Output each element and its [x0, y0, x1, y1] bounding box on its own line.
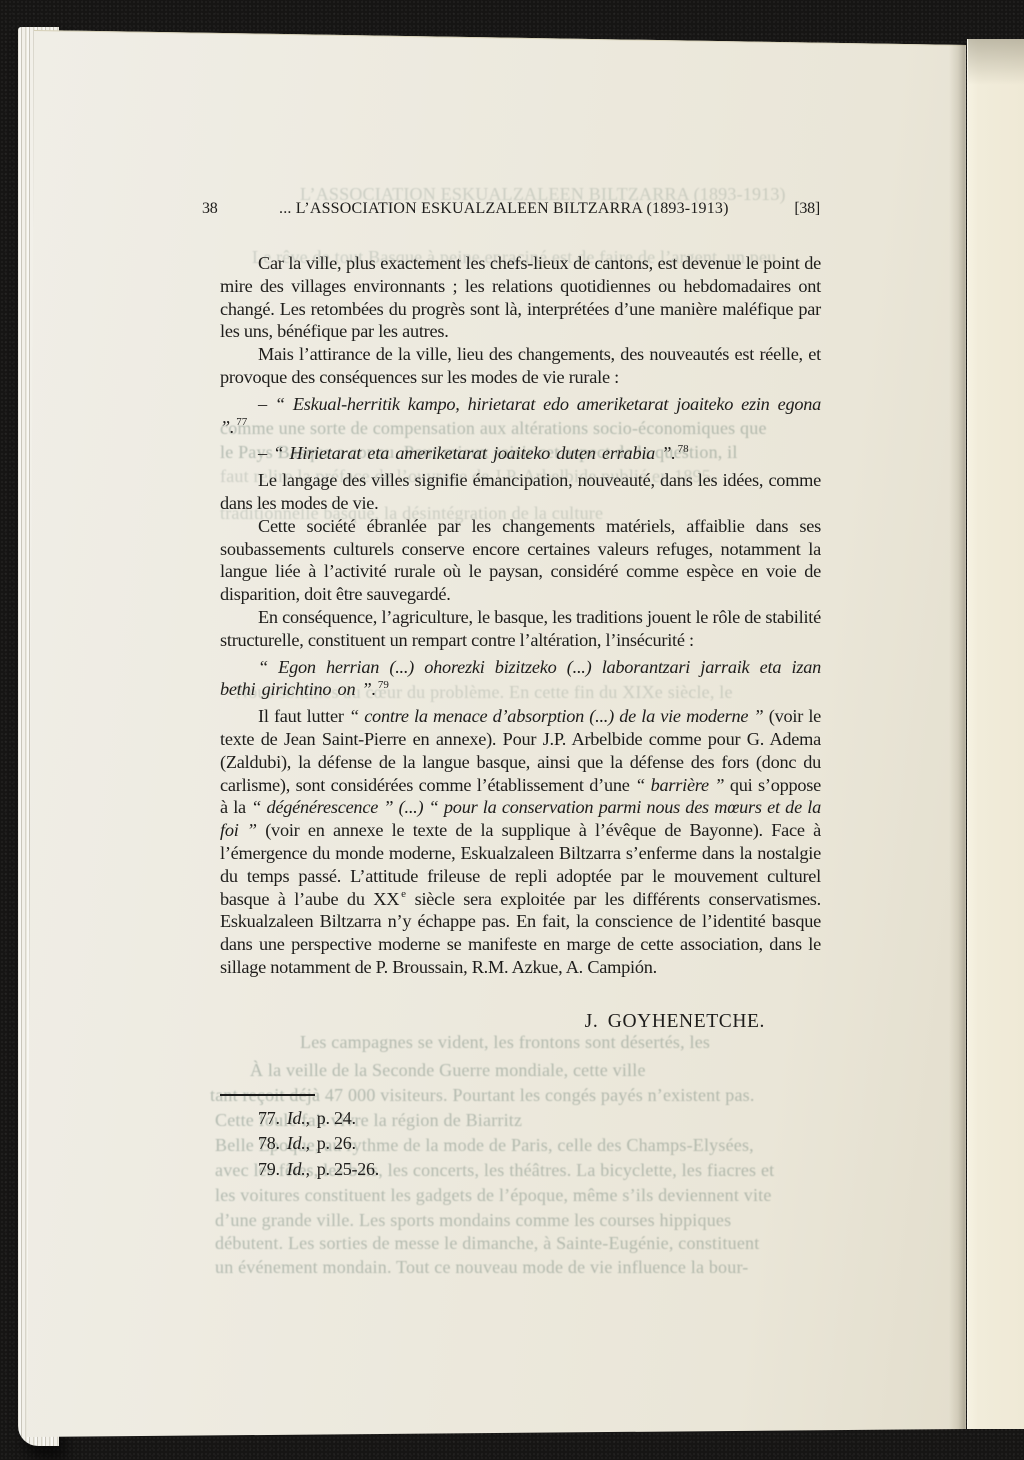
text-segment: Mais l’attirance de la ville, lieu des c… — [220, 344, 821, 387]
footnote-number: 77. — [258, 1108, 280, 1128]
body-paragraph: Mais l’attirance de la ville, lieu des c… — [220, 343, 821, 389]
author-signature: J. GOYHENETCHE. — [220, 1011, 821, 1035]
footnote-rule — [220, 1094, 315, 1096]
bleedthrough-line: d’une grande ville. Les sports mondains … — [215, 1210, 731, 1231]
text-segment: – — [258, 394, 275, 414]
bleedthrough-line: les voitures constituent les gadgets de … — [215, 1185, 772, 1206]
text-segment: Il faut lutter — [258, 706, 349, 726]
text-segment: “ Egon herrian (...) ohorezki bizitzeko … — [220, 657, 821, 700]
text-segment: “ contre la menace d’absorption (...) de… — [349, 706, 763, 726]
body-paragraph: Le langage des villes signifie émancipat… — [220, 469, 821, 515]
running-header: 38 ... L’ASSOCIATION ESKUALZALEEN BILTZA… — [220, 199, 821, 219]
footnote-marker: 79 — [378, 679, 389, 691]
footnote: 79.Id.,p. 25-26. — [220, 1157, 821, 1183]
body-paragraph: Il faut lutter “ contre la menace d’abso… — [220, 705, 821, 979]
text-segment: Le langage des villes signifie émancipat… — [220, 470, 821, 513]
text-segment: Car la ville, plus exactement les chefs-… — [220, 253, 821, 341]
footnote-pages: p. 26. — [317, 1133, 356, 1153]
page-number: 38 — [202, 199, 218, 219]
footnote-marker: 78 — [678, 443, 689, 455]
text-segment: – — [258, 443, 273, 463]
footnotes: 77.Id.,p. 24.78.Id.,p. 26.79.Id.,p. 25-2… — [220, 1106, 821, 1183]
book-photograph: L’ASSOCIATION ESKUALZALEEN BILTZARRA (18… — [0, 0, 1024, 1460]
body-paragraph: Cette société ébranlée par les changemen… — [220, 515, 821, 606]
footnote: 77.Id.,p. 24. — [220, 1106, 821, 1132]
footnote-number: 79. — [258, 1159, 280, 1179]
footnote-pages: p. 24. — [317, 1108, 356, 1128]
body-paragraph: Car la ville, plus exactement les chefs-… — [220, 252, 821, 343]
paragraphs: Car la ville, plus exactement les chefs-… — [220, 252, 821, 979]
footnote-number: 78. — [258, 1133, 280, 1153]
footnote-pages: p. 25-26. — [317, 1159, 379, 1179]
quote-paragraph: “ Egon herrian (...) ohorezki bizitzeko … — [220, 656, 821, 702]
text-segment: “ Hirietarat eta ameriketarat joaiteko d… — [273, 443, 675, 463]
bracket-page-number: [38] — [794, 199, 820, 219]
book-page: L’ASSOCIATION ESKUALZALEEN BILTZARRA (18… — [0, 0, 1024, 1460]
page-top-edge — [34, 29, 967, 46]
bleedthrough-line: un événement mondain. Tout ce nouveau mo… — [215, 1257, 748, 1278]
facing-page-sliver — [967, 39, 1024, 1429]
quote-paragraph: – “ Hirietarat eta ameriketarat joaiteko… — [220, 442, 821, 465]
footnote-source: Id., — [287, 1133, 310, 1153]
spine-fold-crease — [949, 44, 967, 1429]
text-segment: En conséquence, l’agriculture, le basque… — [220, 607, 821, 650]
quote-paragraph: – “ Eskual-herritik kampo, hirietarat ed… — [220, 393, 821, 439]
text-segment: “ Eskual-herritik kampo, hirietarat edo … — [220, 394, 821, 437]
text-segment: Cette société ébranlée par les changemen… — [220, 516, 821, 604]
running-title: ... L’ASSOCIATION ESKUALZALEEN BILTZARRA… — [279, 199, 729, 219]
text-segment: “ barrière ” — [635, 775, 724, 795]
text-column: 38 ... L’ASSOCIATION ESKUALZALEEN BILTZA… — [220, 199, 821, 1182]
footnote-source: Id., — [287, 1159, 310, 1179]
footnote-marker: 77 — [236, 416, 247, 428]
footnote: 78.Id.,p. 26. — [220, 1131, 821, 1157]
body-paragraph: En conséquence, l’agriculture, le basque… — [220, 606, 821, 652]
footnote-source: Id., — [287, 1108, 310, 1128]
bleedthrough-line: débutent. Les sorties de messe le dimanc… — [215, 1233, 759, 1254]
